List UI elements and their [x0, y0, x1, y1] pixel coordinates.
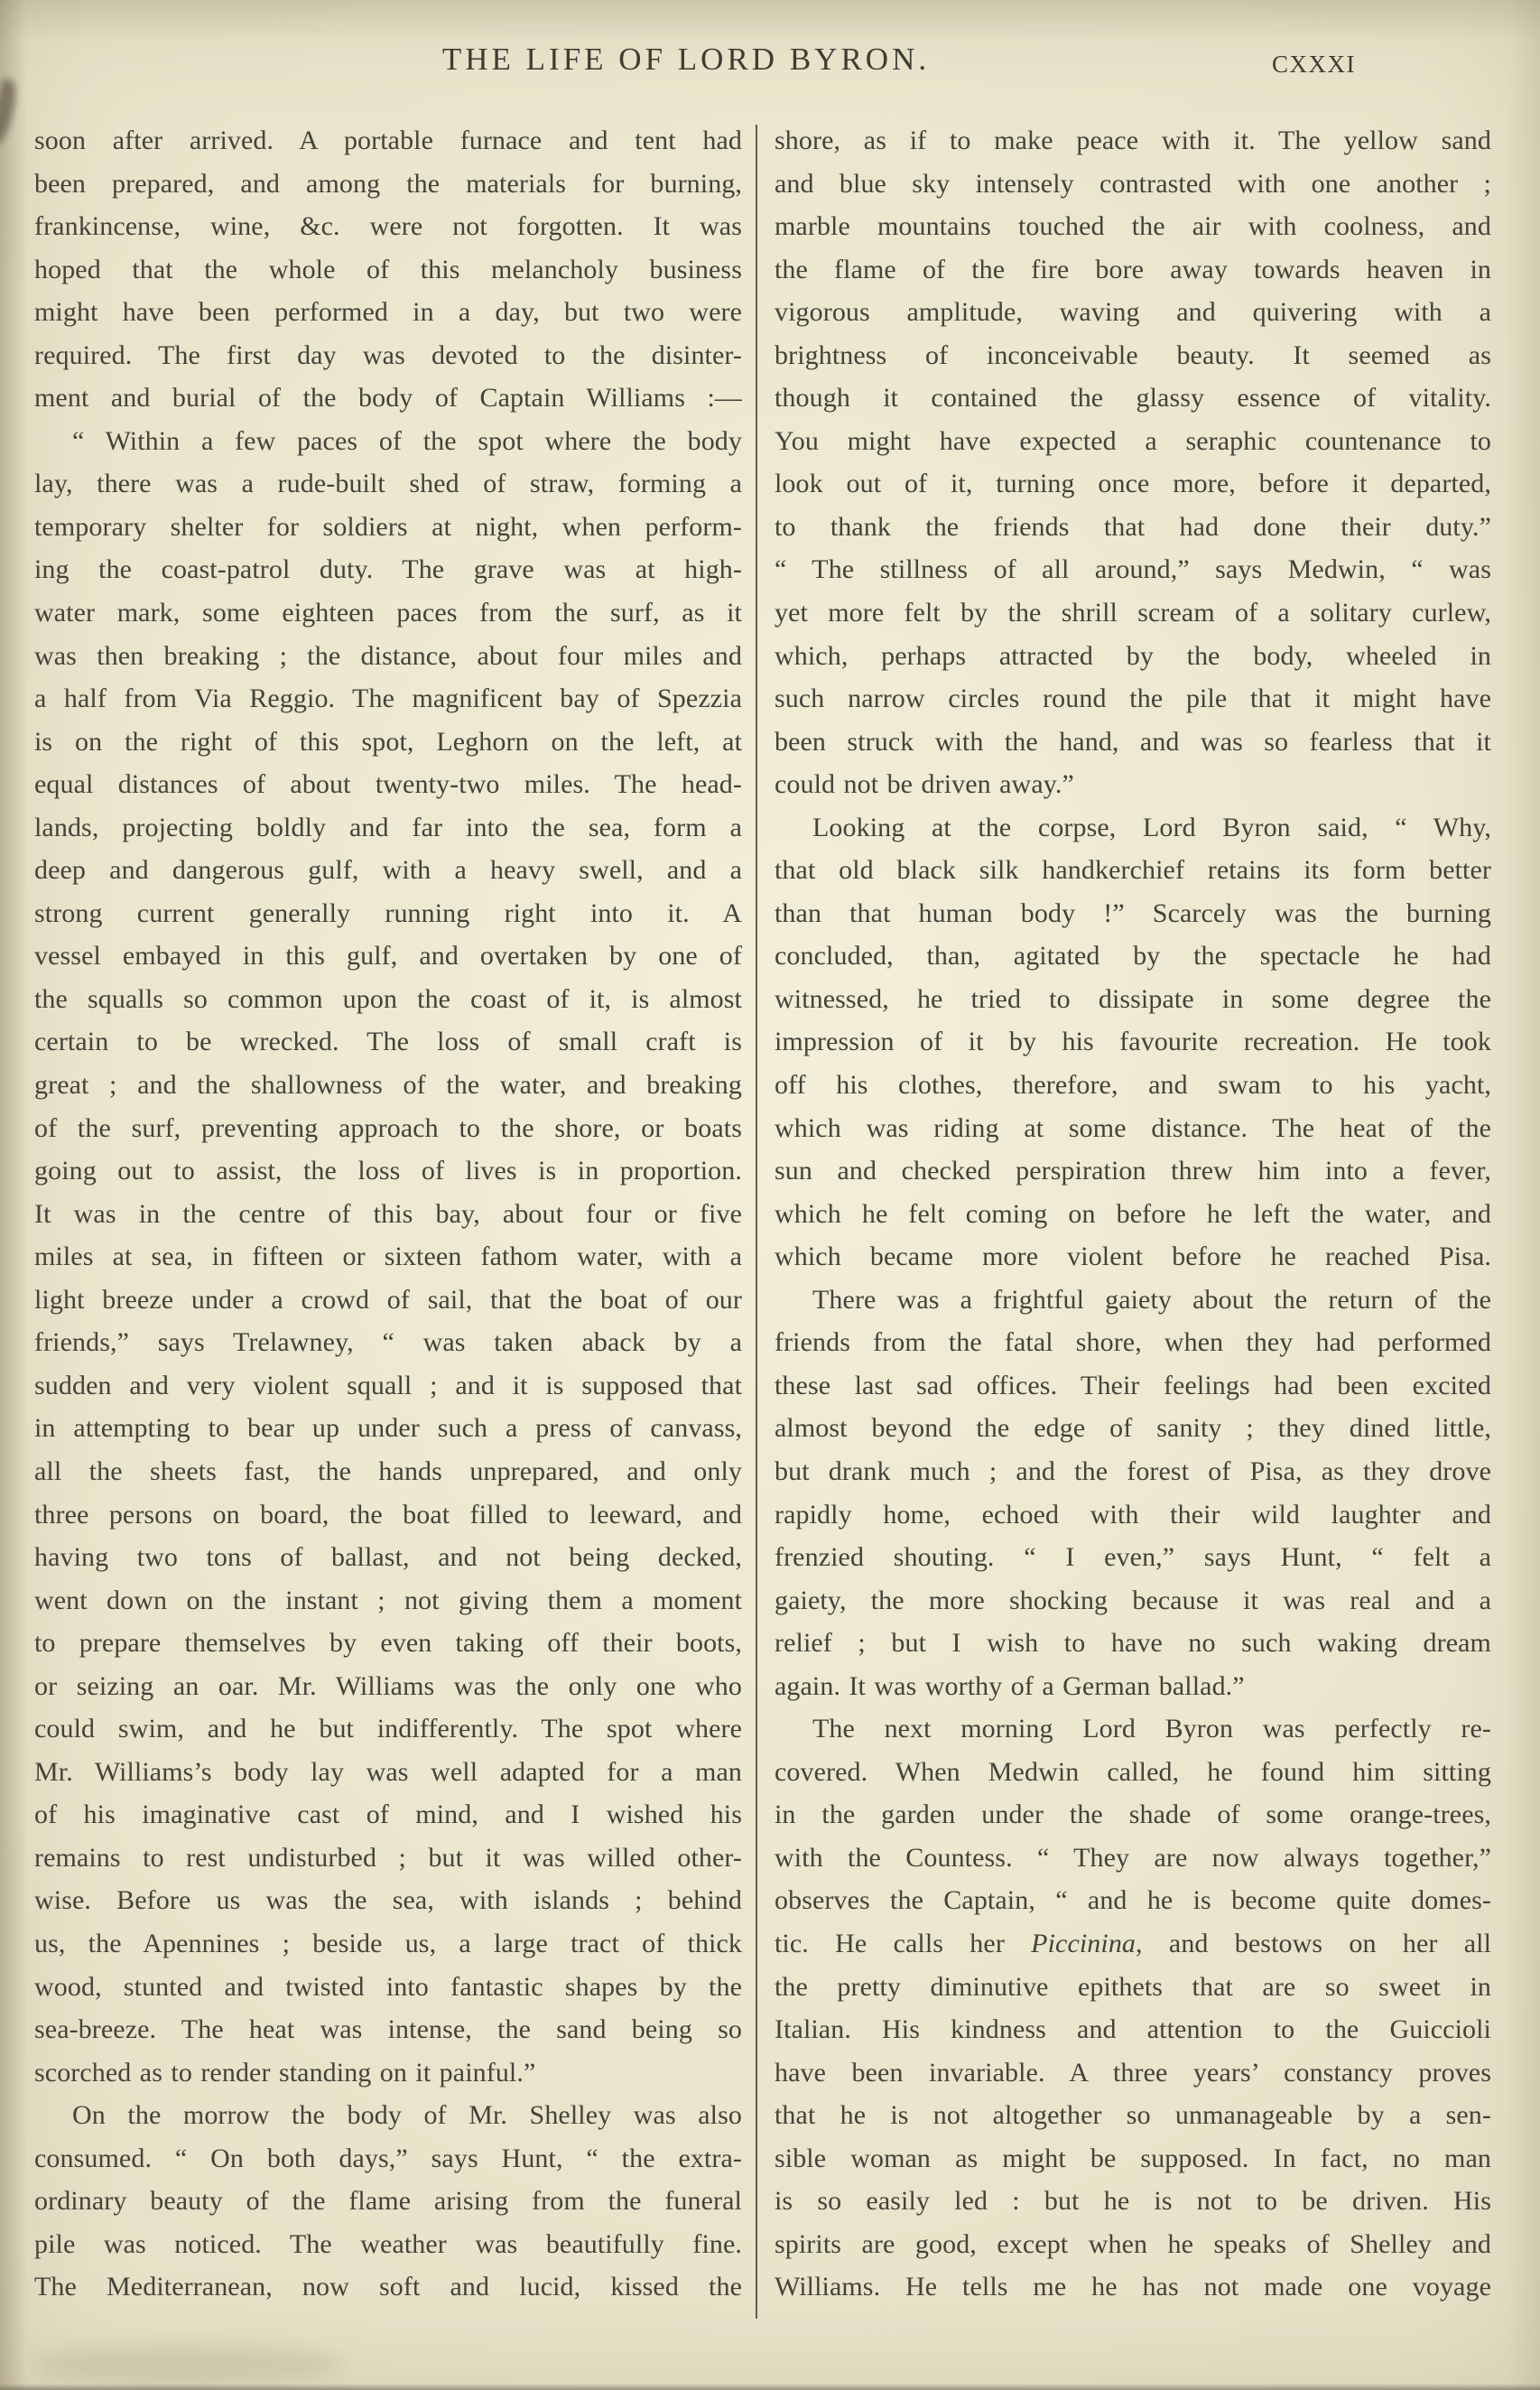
text-line: water mark, some eighteen paces from the… [34, 591, 742, 635]
text-line: again. It was worthy of a German ballad.… [775, 1665, 1491, 1708]
text-line: great ; and the shallowness of the water… [34, 1064, 742, 1107]
page-number: cxxxi [1272, 51, 1356, 79]
text-line: witnessed, he tried to dissipate in some… [775, 978, 1491, 1021]
text-line: lands, projecting boldly and far into th… [34, 806, 742, 850]
text-line: On the morrow the body of Mr. Shelley wa… [34, 2094, 742, 2137]
book-page: THE LIFE OF LORD BYRON. cxxxi soon after… [0, 0, 1540, 2390]
text-line: or seizing an oar. Mr. Williams was the … [34, 1665, 742, 1708]
text-line: There was a frightful gaiety about the r… [775, 1279, 1491, 1322]
text-line: wood, stunted and twisted into fantastic… [34, 1966, 742, 2009]
text-line: The next morning Lord Byron was perfectl… [775, 1707, 1491, 1751]
text-line: sun and checked perspiration threw him i… [775, 1149, 1491, 1193]
text-line: “ The stillness of all around,” says Med… [775, 548, 1491, 591]
text-line: in attempting to bear up under such a pr… [34, 1407, 742, 1450]
text-line: temporary shelter for soldiers at night,… [34, 506, 742, 549]
text-line: tic. He calls her Piccinina, and bestows… [775, 1922, 1491, 1966]
text-line: “ Within a few paces of the spot where t… [34, 420, 742, 463]
text-line: ment and burial of the body of Captain W… [34, 377, 742, 420]
text-line: lay, there was a rude-built shed of stra… [34, 462, 742, 506]
text-line: ing the coast-patrol duty. The grave was… [34, 548, 742, 591]
text-line: ordinary beauty of the flame arising fro… [34, 2180, 742, 2223]
text-line: such narrow circles round the pile that … [775, 677, 1491, 721]
text-column-right: shore, as if to make peace with it. The … [775, 119, 1491, 2309]
text-line: have been invariable. A three years’ con… [775, 2051, 1491, 2095]
text-line: is on the right of this spot, Leghorn on… [34, 721, 742, 764]
text-line: You might have expected a seraphic count… [775, 420, 1491, 463]
text-line: the squalls so common upon the coast of … [34, 978, 742, 1021]
text-line: miles at sea, in fifteen or sixteen fath… [34, 1235, 742, 1279]
text-line: concluded, than, agitated by the spectac… [775, 935, 1491, 978]
text-line: sea-breeze. The heat was intense, the sa… [34, 2008, 742, 2051]
column-divider [756, 125, 757, 2319]
text-line: could not be driven away.” [775, 763, 1491, 806]
text-line: friends from the fatal shore, when they … [775, 1321, 1491, 1364]
text-line: which was riding at some distance. The h… [775, 1107, 1491, 1150]
text-line: which he felt coming on before he left t… [775, 1193, 1491, 1236]
text-line: wise. Before us was the sea, with island… [34, 1879, 742, 1922]
text-line: the flame of the fire bore away towards … [775, 248, 1491, 292]
text-line: Italian. His kindness and attention to t… [775, 2008, 1491, 2051]
text-line: brightness of inconceivable beauty. It s… [775, 334, 1491, 377]
text-line: to thank the friends that had done their… [775, 506, 1491, 549]
text-line: remains to rest undisturbed ; but it was… [34, 1837, 742, 1880]
text-line: shore, as if to make peace with it. The … [775, 119, 1491, 163]
scan-edge-mark [0, 79, 21, 148]
text-line: strong current generally running right i… [34, 892, 742, 935]
text-line: scorched as to render standing on it pai… [34, 2051, 742, 2095]
scan-corner-stain [36, 2345, 343, 2385]
text-line: light breeze under a crowd of sail, that… [34, 1279, 742, 1322]
text-line: going out to assist, the loss of lives i… [34, 1149, 742, 1193]
text-line: off his clothes, therefore, and swam to … [775, 1064, 1491, 1107]
text-line: sudden and very violent squall ; and it … [34, 1364, 742, 1408]
text-line: vigorous amplitude, waving and quivering… [775, 291, 1491, 334]
text-line: than that human body !” Scarcely was the… [775, 892, 1491, 935]
text-line: in the garden under the shade of some or… [775, 1793, 1491, 1837]
text-line: a half from Via Reggio. The magnificent … [34, 677, 742, 721]
text-line: which, perhaps attracted by the body, wh… [775, 635, 1491, 678]
text-line: gaiety, the more shocking because it was… [775, 1579, 1491, 1623]
text-line: Williams. He tells me he has not made on… [775, 2265, 1491, 2309]
text-line: deep and dangerous gulf, with a heavy sw… [34, 849, 742, 892]
text-line: observes the Captain, “ and he is become… [775, 1879, 1491, 1922]
text-line: though it contained the glassy essence o… [775, 377, 1491, 420]
text-line: the pretty diminutive epithets that are … [775, 1966, 1491, 2009]
text-line: is so easily led : but he is not to be d… [775, 2180, 1491, 2223]
text-line: Looking at the corpse, Lord Byron said, … [775, 806, 1491, 850]
text-line: It was in the centre of this bay, about … [34, 1193, 742, 1236]
text-line: went down on the instant ; not giving th… [34, 1579, 742, 1623]
text-line: The Mediterranean, now soft and lucid, k… [34, 2265, 742, 2309]
text-line: all the sheets fast, the hands unprepare… [34, 1450, 742, 1493]
text-line: these last sad offices. Their feelings h… [775, 1364, 1491, 1408]
text-line: was then breaking ; the distance, about … [34, 635, 742, 678]
page-title: THE LIFE OF LORD BYRON. [0, 42, 1372, 78]
text-column-left: soon after arrived. A portable furnace a… [34, 119, 742, 2309]
text-line: yet more felt by the shrill scream of a … [775, 591, 1491, 635]
text-line: impression of it by his favourite recrea… [775, 1020, 1491, 1064]
text-line: frankincense, wine, &c. were not forgott… [34, 205, 742, 248]
text-line: of the surf, preventing approach to the … [34, 1107, 742, 1150]
text-line: might have been performed in a day, but … [34, 291, 742, 334]
text-line: us, the Apennines ; beside us, a large t… [34, 1922, 742, 1966]
text-line: relief ; but I wish to have no such waki… [775, 1622, 1491, 1665]
text-line: but drank much ; and the forest of Pisa,… [775, 1450, 1491, 1493]
text-line: to prepare themselves by even taking off… [34, 1622, 742, 1665]
text-line: rapidly home, echoed with their wild lau… [775, 1493, 1491, 1537]
text-line: required. The first day was devoted to t… [34, 334, 742, 377]
text-line: could swim, and he but indifferently. Th… [34, 1707, 742, 1751]
text-line: three persons on board, the boat filled … [34, 1493, 742, 1537]
text-line: marble mountains touched the air with co… [775, 205, 1491, 248]
text-line: pile was noticed. The weather was beauti… [34, 2223, 742, 2266]
text-line: with the Countess. “ They are now always… [775, 1837, 1491, 1880]
text-line: of his imaginative cast of mind, and I w… [34, 1793, 742, 1837]
text-line: that he is not altogether so unmanageabl… [775, 2094, 1491, 2137]
text-line: soon after arrived. A portable furnace a… [34, 119, 742, 163]
text-line: certain to be wrecked. The loss of small… [34, 1020, 742, 1064]
text-line: consumed. “ On both days,” says Hunt, “ … [34, 2137, 742, 2181]
text-line: hoped that the whole of this melancholy … [34, 248, 742, 292]
text-line: equal distances of about twenty-two mile… [34, 763, 742, 806]
text-line: almost beyond the edge of sanity ; they … [775, 1407, 1491, 1450]
text-line: Mr. Williams’s body lay was well adapted… [34, 1751, 742, 1794]
text-line: and blue sky intensely contrasted with o… [775, 163, 1491, 206]
text-line: that old black silk handkerchief retains… [775, 849, 1491, 892]
text-line: been prepared, and among the materials f… [34, 163, 742, 206]
text-line: frenzied shouting. “ I even,” says Hunt,… [775, 1536, 1491, 1579]
text-line: vessel embayed in this gulf, and overtak… [34, 935, 742, 978]
text-line: covered. When Medwin called, he found hi… [775, 1751, 1491, 1794]
text-line: spirits are good, except when he speaks … [775, 2223, 1491, 2266]
text-line: been struck with the hand, and was so fe… [775, 721, 1491, 764]
text-line: having two tons of ballast, and not bein… [34, 1536, 742, 1579]
text-line: sible woman as might be supposed. In fac… [775, 2137, 1491, 2181]
text-line: friends,” says Trelawney, “ was taken ab… [34, 1321, 742, 1364]
text-line: look out of it, turning once more, befor… [775, 462, 1491, 506]
text-line: which became more violent before he reac… [775, 1235, 1491, 1279]
